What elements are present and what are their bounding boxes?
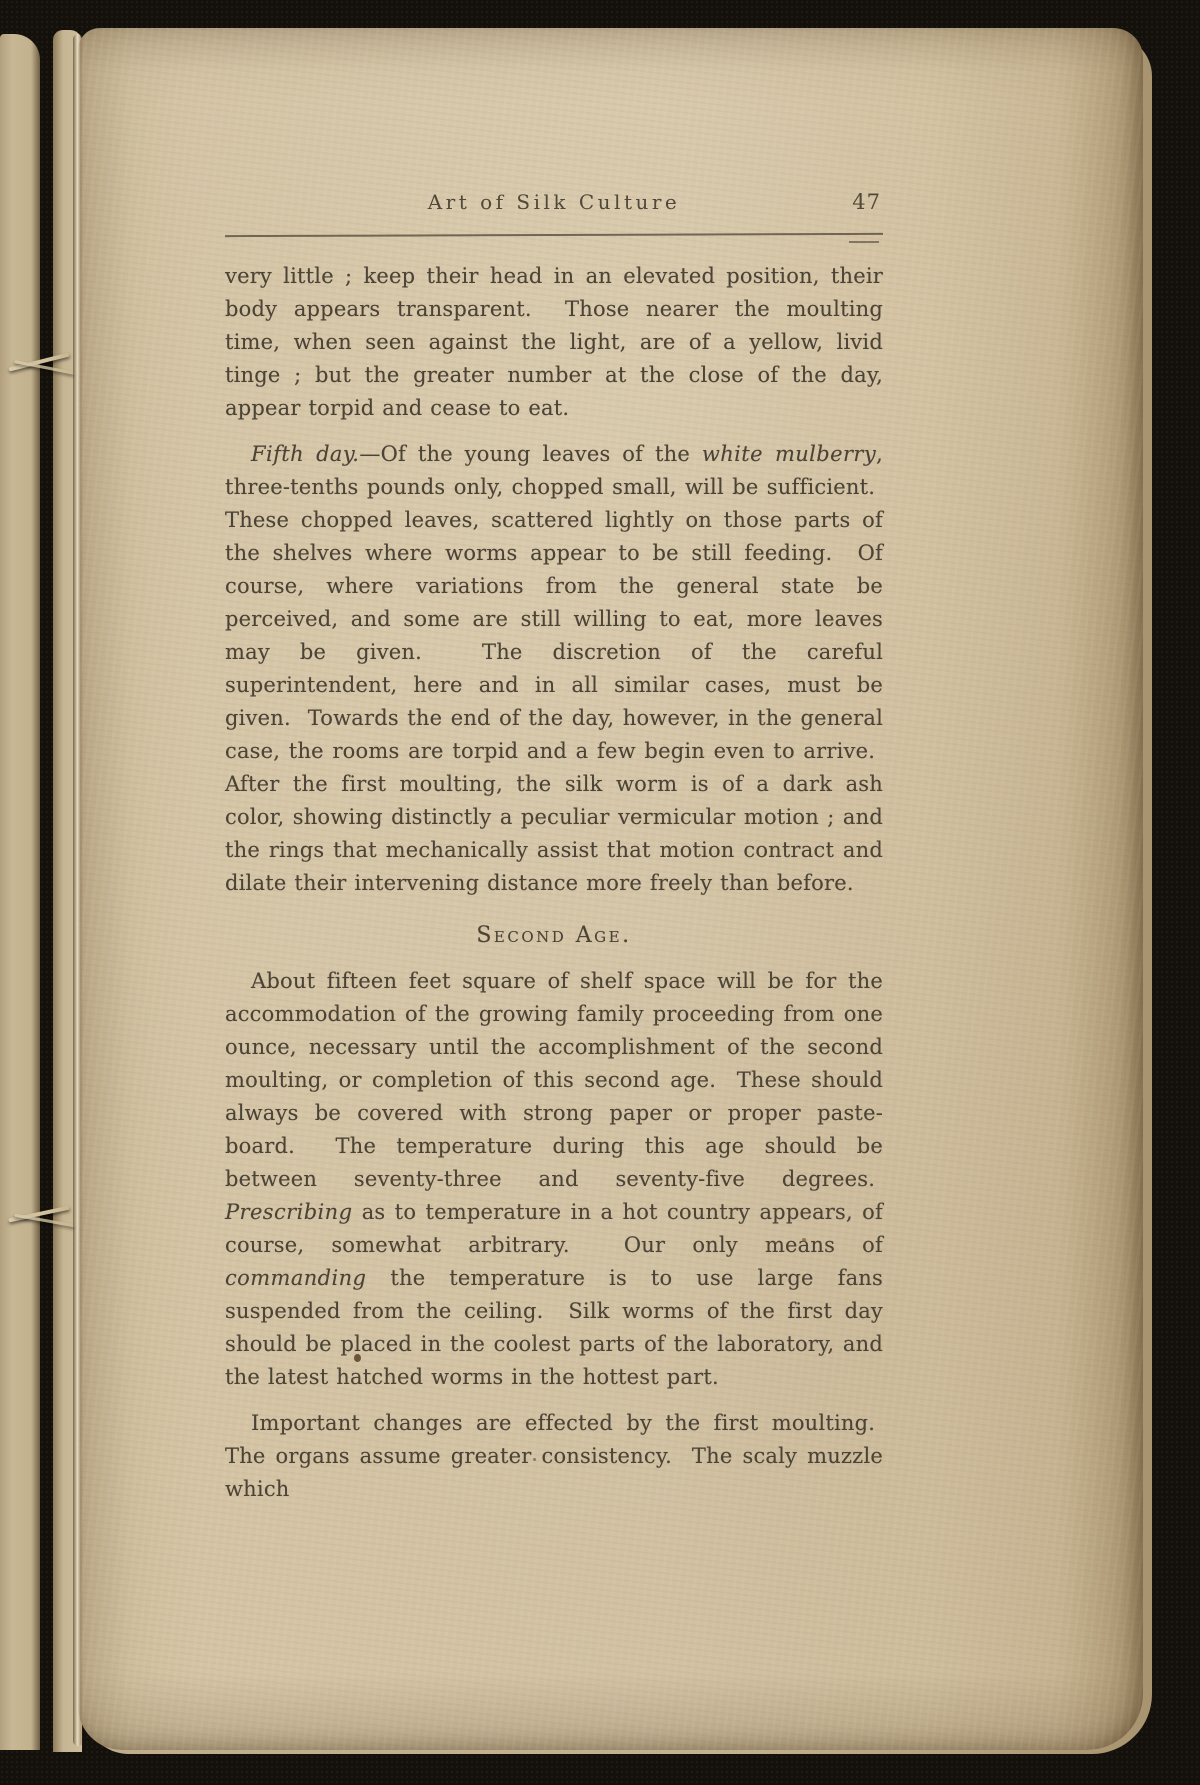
book-page: Art of Silk Culture 47 very little ; kee… (78, 28, 1143, 1750)
book-scan-background: Art of Silk Culture 47 very little ; kee… (0, 0, 1200, 1785)
paper-speck (533, 1458, 536, 1461)
italic-text-run: Fifth day. (251, 442, 359, 466)
adjacent-page-edge (0, 34, 40, 1750)
text-run: Important changes are effected by the fi… (225, 1411, 883, 1501)
section-heading: Second Age. (225, 919, 883, 952)
page-content: very little ; keep their head in an elev… (225, 260, 883, 1506)
page-text-block: Art of Silk Culture 47 very little ; kee… (225, 28, 883, 1506)
paragraph: Fifth day.—Of the young leaves of the wh… (225, 438, 883, 900)
text-run: very little ; keep their head in an elev… (225, 264, 883, 420)
paragraph: very little ; keep their head in an elev… (225, 260, 883, 425)
italic-text-run: commanding (225, 1266, 366, 1290)
page-header: Art of Silk Culture 47 (225, 190, 883, 220)
text-run: About fifteen feet square of shelf space… (225, 969, 883, 1191)
italic-text-run: white mulberry (702, 442, 876, 466)
paragraph: Important changes are effected by the fi… (225, 1407, 883, 1506)
page-number: 47 (852, 190, 881, 214)
paper-speck (354, 1354, 361, 1362)
page-gutter-crease (73, 34, 83, 1746)
text-run: —Of the young leaves of the (359, 442, 701, 466)
running-title: Art of Silk Culture (428, 190, 681, 214)
text-run: , three-tenths pounds only, chopped smal… (225, 442, 883, 895)
header-rule (225, 233, 883, 237)
paper-speck (802, 1238, 806, 1242)
paragraph: About fifteen feet square of shelf space… (225, 965, 883, 1394)
italic-text-run: Prescribing (225, 1200, 352, 1224)
